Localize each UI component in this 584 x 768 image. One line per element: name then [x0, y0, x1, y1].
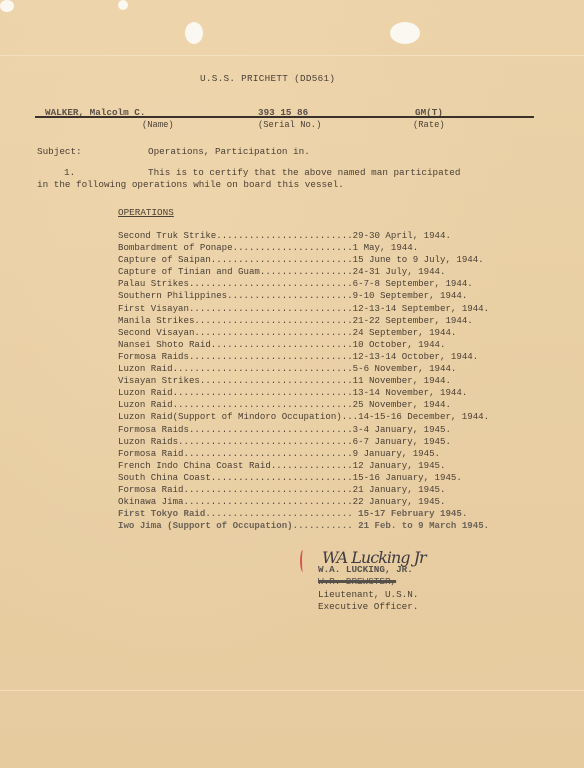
typed-signer-name: W.A. LUCKING, JR.	[318, 564, 413, 576]
operation-name: Formosa Raid	[118, 448, 184, 459]
leader-dots: .................................	[173, 387, 353, 398]
leader-dots: ......................	[233, 242, 353, 253]
operation-row: Iwo Jima (Support of Occupation)........…	[118, 520, 489, 532]
leader-dots: .........................	[216, 230, 352, 241]
leader-dots: ..............................	[189, 278, 353, 289]
operation-name: Luzon Raid(Support of Mindoro Occupation…	[118, 411, 342, 422]
leader-dots: .................................	[173, 363, 353, 374]
operation-name: Formosa Raid	[118, 484, 184, 495]
paper-fold	[0, 55, 584, 56]
operation-row: Bombardment of Ponape...................…	[118, 242, 489, 254]
operation-date: 12-13-14 September, 1944.	[353, 303, 489, 314]
operation-name: Second Visayan	[118, 327, 194, 338]
operation-date: 22 January, 1945.	[353, 496, 446, 507]
operation-row: South China Coast.......................…	[118, 472, 489, 484]
operation-date: 5-6 November, 1944.	[353, 363, 457, 374]
operation-name: Luzon Raid	[118, 387, 173, 398]
operation-date: 1 May, 1944.	[353, 242, 419, 253]
leader-dots: ..............................	[189, 303, 353, 314]
operation-date: 15-17 February 1945.	[358, 508, 467, 519]
operation-date: 29-30 April, 1944.	[353, 230, 451, 241]
operation-name: Nansei Shoto Raid	[118, 339, 211, 350]
leader-dots: ...........................	[205, 508, 358, 519]
operation-row: Formosa Raid............................…	[118, 448, 489, 460]
ship-header: U.S.S. PRICHETT (DD561)	[200, 73, 335, 85]
operation-date: 24-31 July, 1944.	[353, 266, 446, 277]
operation-row: Palau Strikes...........................…	[118, 278, 489, 290]
operation-name: Capture of Saipan	[118, 254, 211, 265]
leader-dots: ................................	[178, 436, 353, 447]
operation-date: 3-4 January, 1945.	[353, 424, 451, 435]
leader-dots: .................	[260, 266, 353, 277]
torn-corner	[0, 0, 14, 12]
operation-date: 13-14 November, 1944.	[353, 387, 468, 398]
leader-dots: .............................	[194, 315, 352, 326]
operation-name: Luzon Raid	[118, 363, 173, 374]
leader-dots: ...............	[271, 460, 353, 471]
rate-caption: (Rate)	[413, 119, 445, 131]
operation-date: 21 January, 1945.	[353, 484, 446, 495]
punch-hole	[185, 22, 203, 44]
operation-date: 14-15-16 December, 1944.	[358, 411, 489, 422]
signer-rank: Lieutenant, U.S.N.	[318, 589, 418, 601]
operation-date: 9 January, 1945.	[353, 448, 440, 459]
operation-row: Second Visayan..........................…	[118, 327, 489, 339]
operation-row: Nansei Shoto Raid.......................…	[118, 339, 489, 351]
operation-name: Iwo Jima (Support of Occupation)	[118, 520, 293, 531]
punch-hole	[390, 22, 420, 44]
leader-dots: ...............................	[184, 448, 353, 459]
operation-row: Southern Philippines....................…	[118, 290, 489, 302]
operation-row: Luzon Raid..............................…	[118, 399, 489, 411]
operation-name: Palau Strikes	[118, 278, 189, 289]
operation-name: Luzon Raid	[118, 399, 173, 410]
leader-dots: ..........................	[211, 339, 353, 350]
operation-date: 12-13-14 October, 1944.	[353, 351, 479, 362]
operation-row: Luzon Raid(Support of Mindoro Occupation…	[118, 411, 489, 423]
header-rule	[35, 116, 534, 118]
operation-row: Capture of Saipan.......................…	[118, 254, 489, 266]
operation-date: 25 November, 1944.	[353, 399, 451, 410]
operation-date: 6-7-8 September, 1944.	[353, 278, 473, 289]
leader-dots: ............................	[200, 375, 353, 386]
leader-dots: .................................	[173, 399, 353, 410]
operation-date: 6-7 January, 1945.	[353, 436, 451, 447]
operation-row: Formosa Raids...........................…	[118, 424, 489, 436]
operation-date: 9-10 September, 1944.	[353, 290, 468, 301]
operations-list: Second Truk Strike......................…	[118, 230, 489, 532]
paragraph-number: 1.	[64, 167, 75, 179]
operation-name: Capture of Tinian and Guam	[118, 266, 260, 277]
operation-name: South China Coast	[118, 472, 211, 483]
serial-caption: (Serial No.)	[258, 119, 321, 131]
paragraph-line-2: in the following operations while on boa…	[37, 179, 344, 191]
operation-date: 11 November, 1944.	[353, 375, 451, 386]
torn-edge	[118, 0, 128, 10]
operation-name: Formosa Raids	[118, 351, 189, 362]
struck-name-text: W.R. BREWSTER,	[318, 576, 396, 587]
leader-dots: ...............................	[184, 496, 353, 507]
operation-name: Formosa Raids	[118, 424, 189, 435]
signer-title: Executive Officer.	[318, 601, 418, 613]
operation-row: Luzon Raids.............................…	[118, 436, 489, 448]
paragraph-line-1: This is to certify that the above named …	[148, 167, 460, 179]
leader-dots: ..........................	[211, 254, 353, 265]
name-caption: (Name)	[142, 119, 174, 131]
leader-dots: ...	[342, 411, 358, 422]
operation-row: Visayan Strikes.........................…	[118, 375, 489, 387]
operation-row: First Tokyo Raid........................…	[118, 508, 489, 520]
operation-date: 24 September, 1944.	[353, 327, 457, 338]
operation-date: 10 October, 1944.	[353, 339, 446, 350]
operation-date: 15 June to 9 July, 1944.	[353, 254, 484, 265]
operation-row: Capture of Tinian and Guam..............…	[118, 266, 489, 278]
leader-dots: ..............................	[189, 351, 353, 362]
operation-row: Second Truk Strike......................…	[118, 230, 489, 242]
operation-name: Manila Strikes	[118, 315, 194, 326]
operation-row: First Visayan...........................…	[118, 303, 489, 315]
red-pencil-mark	[300, 550, 306, 572]
subject-label: Subject:	[37, 146, 82, 158]
leader-dots: .......................	[227, 290, 353, 301]
operation-name: Visayan Strikes	[118, 375, 200, 386]
operation-row: Formosa Raid............................…	[118, 484, 489, 496]
operation-row: Formosa Raids...........................…	[118, 351, 489, 363]
struck-signer-name: W.R. BREWSTER,	[318, 576, 396, 588]
leader-dots: ...........	[293, 520, 359, 531]
leader-dots: .............................	[194, 327, 352, 338]
operation-row: French Indo China Coast Raid............…	[118, 460, 489, 472]
operation-name: Bombardment of Ponape	[118, 242, 233, 253]
operation-name: First Visayan	[118, 303, 189, 314]
operation-name: French Indo China Coast Raid	[118, 460, 271, 471]
operation-row: Manila Strikes..........................…	[118, 315, 489, 327]
leader-dots: ..........................	[211, 472, 353, 483]
operation-row: Okinawa Jima............................…	[118, 496, 489, 508]
operation-date: 12 January, 1945.	[353, 460, 446, 471]
operation-date: 21-22 September, 1944.	[353, 315, 473, 326]
operation-name: Luzon Raids	[118, 436, 178, 447]
operation-row: Luzon Raid..............................…	[118, 387, 489, 399]
operations-heading: OPERATIONS	[118, 207, 174, 219]
operation-name: Southern Philippines	[118, 290, 227, 301]
operation-row: Luzon Raid..............................…	[118, 363, 489, 375]
operation-date: 15-16 January, 1945.	[353, 472, 462, 483]
leader-dots: ..............................	[189, 424, 353, 435]
leader-dots: ...............................	[184, 484, 353, 495]
subject-value: Operations, Participation in.	[148, 146, 310, 158]
document-page: U.S.S. PRICHETT (DD561) WALKER, Malcolm …	[0, 0, 584, 768]
operation-name: Second Truk Strike	[118, 230, 216, 241]
operation-name: First Tokyo Raid	[118, 508, 205, 519]
operation-name: Okinawa Jima	[118, 496, 184, 507]
operation-date: 21 Feb. to 9 March 1945.	[358, 520, 489, 531]
paper-fold	[0, 690, 584, 691]
